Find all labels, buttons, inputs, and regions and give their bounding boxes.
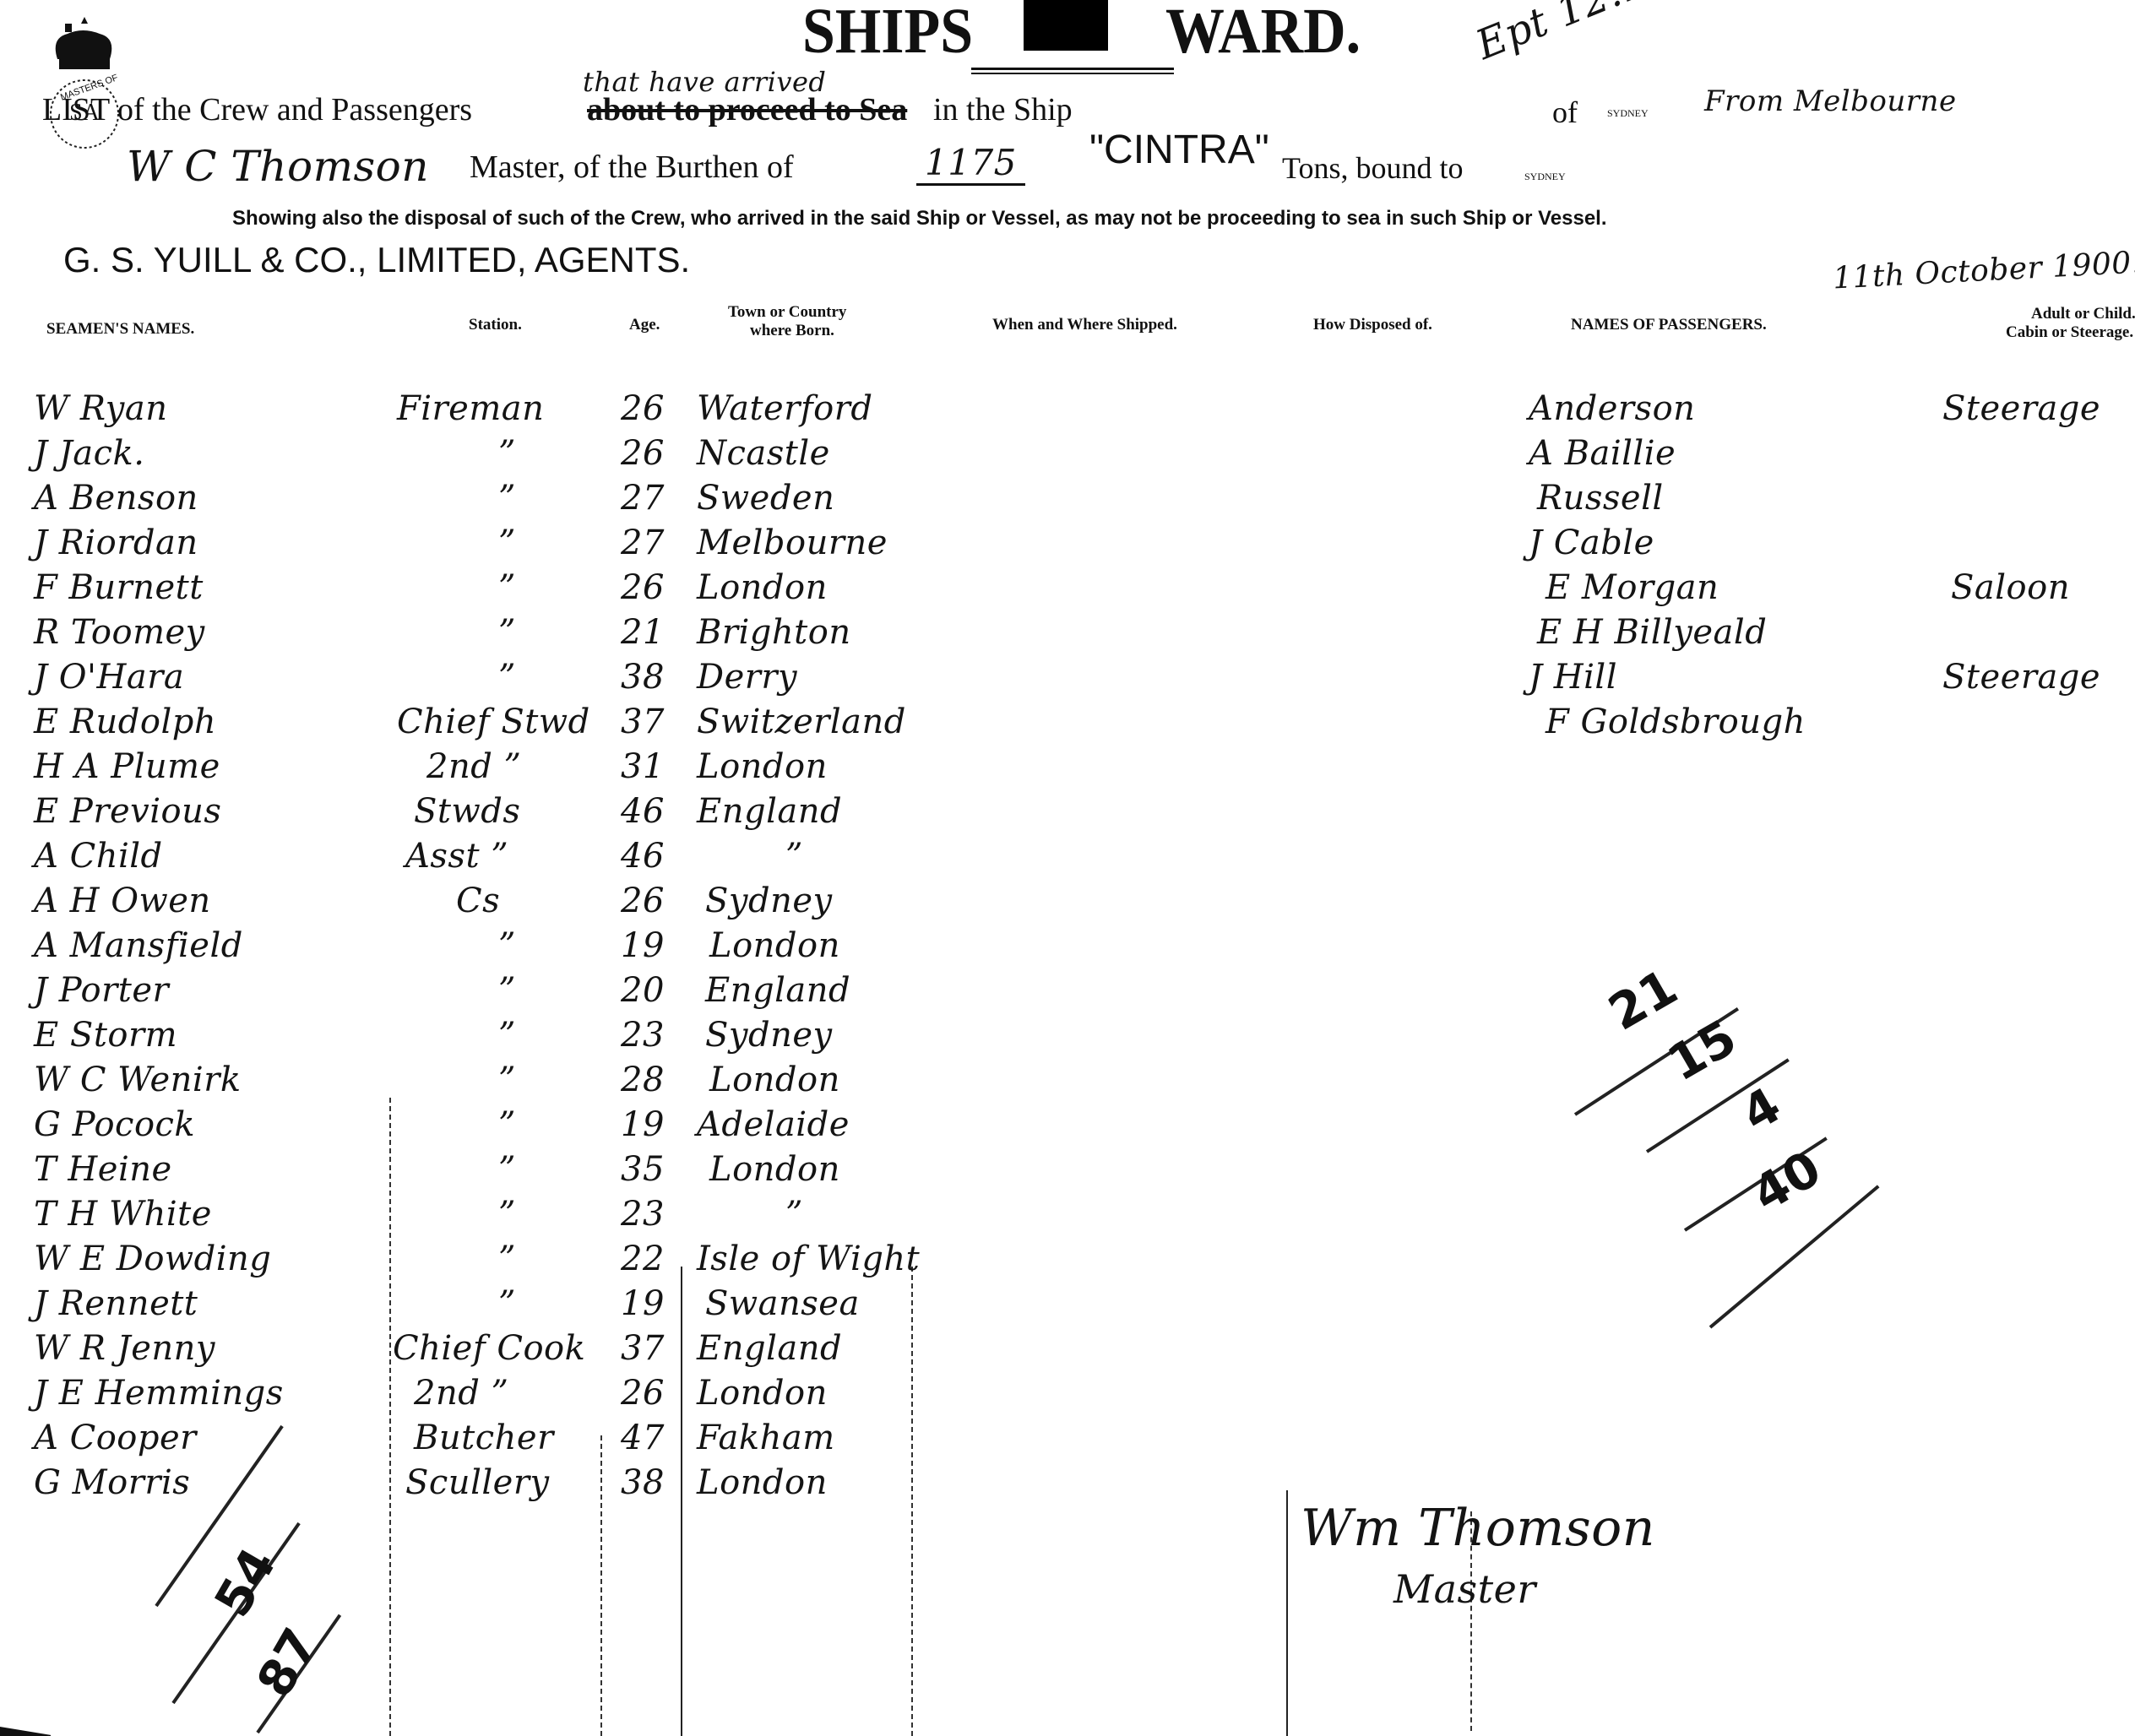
passenger-name: E Morgan	[1546, 566, 1719, 610]
crew-born: London	[697, 1371, 828, 1416]
crew-age: 47	[621, 1416, 665, 1461]
divider-disposed	[1286, 1490, 1288, 1736]
col-town-born-1: Town or Country	[728, 304, 846, 321]
crew-born: London	[697, 1461, 828, 1505]
crew-age: 19	[621, 1103, 665, 1147]
crew-name: T Heine	[34, 1147, 172, 1192]
struck-text: about to proceed to Sea	[587, 91, 907, 128]
destination-port: SYDNEY	[1524, 171, 1566, 183]
crew-name: A Cooper	[34, 1416, 197, 1461]
crew-born: Swansea	[705, 1282, 860, 1326]
passenger-row: J Cable	[0, 521, 2135, 566]
crew-born: Isle of Wight	[697, 1237, 920, 1282]
crew-name: G Morris	[34, 1461, 190, 1505]
crew-age: 23	[621, 1192, 665, 1237]
title-underline	[971, 68, 1174, 70]
crew-row: E Storm”23Sydney	[0, 1013, 2135, 1058]
disposal-note: Showing also the disposal of such of the…	[232, 207, 1607, 231]
crew-row: W C Wenirk”28London	[0, 1058, 2135, 1103]
crew-row: J Porter”20England	[0, 968, 2135, 1013]
crew-age: 22	[621, 1237, 665, 1282]
crew-station: Asst ”	[405, 834, 508, 879]
passenger-row: F Goldsbrough	[0, 700, 2135, 745]
crew-station: 2nd ”	[414, 1371, 508, 1416]
crew-name: W E Dowding	[34, 1237, 271, 1282]
crew-born: Fakham	[697, 1416, 835, 1461]
crew-born: England	[697, 1326, 842, 1371]
crew-age: 19	[621, 1282, 665, 1326]
from-port: From Melbourne	[1704, 84, 1957, 118]
passenger-name: Russell	[1537, 476, 1664, 521]
col-how-disposed: How Disposed of.	[1313, 317, 1432, 334]
passenger-row: Russell	[0, 476, 2135, 521]
form-title-right: WARD.	[1165, 0, 1361, 68]
crew-station: ”	[498, 1282, 516, 1326]
crew-row: A ChildAsst ”46”	[0, 834, 2135, 879]
crew-age: 19	[621, 924, 665, 968]
crest-emblem: SA MASTERS OF	[34, 8, 135, 160]
col-age: Age.	[629, 317, 660, 334]
crew-station: ”	[498, 1237, 516, 1282]
crew-station: 2nd ”	[426, 745, 521, 789]
tally-value: 54	[204, 1538, 287, 1626]
passenger-row: J HillSteerage	[0, 655, 2135, 700]
crew-row: A Mansfield”19London	[0, 924, 2135, 968]
crew-station: ”	[498, 924, 516, 968]
passenger-name: Anderson	[1529, 387, 1695, 431]
crew-born: Sydney	[705, 1013, 833, 1058]
crew-born: London	[709, 1147, 840, 1192]
list-line-prefix: LIST of the Crew and Passengers	[42, 91, 472, 128]
col-town-born-2: where Born.	[750, 323, 834, 339]
crew-name: A Mansfield	[34, 924, 243, 968]
crew-station: Chief Cook	[393, 1326, 585, 1371]
crew-name: T H White	[34, 1192, 212, 1237]
of-label: of	[1552, 95, 1578, 130]
crew-born: England	[697, 789, 842, 834]
passenger-row: E MorganSaloon	[0, 566, 2135, 610]
port-of-registry: SYDNEY	[1607, 107, 1649, 120]
passenger-name: J Hill	[1529, 655, 1617, 700]
crew-row: G MorrisScullery38London	[0, 1461, 2135, 1505]
ship-name: "CINTRA"	[1089, 127, 1269, 173]
crew-name: H A Plume	[34, 745, 220, 789]
crew-born: England	[705, 968, 850, 1013]
crew-station: ”	[498, 1192, 516, 1237]
crew-row: E PreviousStwds46England	[0, 789, 2135, 834]
passenger-name: J Cable	[1529, 521, 1654, 566]
crew-age: 38	[621, 1461, 665, 1505]
scan-edge-artifact	[0, 1727, 51, 1736]
crew-age: 28	[621, 1058, 665, 1103]
crew-name: W C Wenirk	[34, 1058, 242, 1103]
passenger-row: E H Billyeald	[0, 610, 2135, 655]
crew-age: 35	[621, 1147, 665, 1192]
crew-born: Sydney	[705, 879, 833, 924]
passenger-class: Steerage	[1942, 655, 2100, 700]
master-label: Master, of the Burthen of	[470, 149, 794, 186]
crew-name: G Pocock	[34, 1103, 195, 1147]
passenger-name: A Baillie	[1529, 431, 1676, 476]
crew-row: T H White”23”	[0, 1192, 2135, 1237]
crew-born: Adelaide	[697, 1103, 850, 1147]
crew-station: Stwds	[414, 789, 520, 834]
tally-value: 87	[246, 1619, 329, 1706]
crew-row: G Pocock”19Adelaide	[0, 1103, 2135, 1147]
crew-station: ”	[498, 968, 516, 1013]
col-adult-child-1: Adult or Child.	[2031, 306, 2135, 323]
crew-row: H A Plume2nd ”31London	[0, 745, 2135, 789]
crew-row: J E Hemmings2nd ”26London	[0, 1371, 2135, 1416]
crew-row: A CooperButcher47Fakham	[0, 1416, 2135, 1461]
crew-name: J Porter	[34, 968, 169, 1013]
crew-station: ”	[498, 1058, 516, 1103]
col-seamen-names: SEAMEN'S NAMES.	[46, 321, 194, 338]
master-name: W C Thomson	[127, 142, 429, 191]
crew-age: 31	[621, 745, 665, 789]
crew-age: 37	[621, 1326, 665, 1371]
passenger-row: AndersonSteerage	[0, 387, 2135, 431]
crew-name: A Child	[34, 834, 163, 879]
col-passenger-names: NAMES OF PASSENGERS.	[1571, 317, 1767, 334]
list-line-suffix: in the Ship	[933, 91, 1073, 128]
col-when-where-shipped: When and Where Shipped.	[992, 317, 1177, 334]
receipt-stamp: Ept 12.10.00	[1470, 0, 1738, 69]
passenger-class: Saloon	[1951, 566, 2070, 610]
passenger-class: Steerage	[1942, 387, 2100, 431]
crew-born: London	[709, 924, 840, 968]
form-date: 11th October 1900.	[1832, 245, 2135, 296]
crew-station: Cs	[456, 879, 500, 924]
crew-name: A H Owen	[34, 879, 211, 924]
crew-name: J Rennett	[34, 1282, 198, 1326]
crew-age: 46	[621, 789, 665, 834]
crew-age: 26	[621, 879, 665, 924]
crew-born: London	[709, 1058, 840, 1103]
passenger-name: F Goldsbrough	[1546, 700, 1806, 745]
col-station: Station.	[469, 317, 522, 334]
crew-station: ”	[498, 1103, 516, 1147]
crew-age: 46	[621, 834, 665, 879]
agents-line: G. S. YUILL & CO., LIMITED, AGENTS.	[63, 240, 690, 280]
crew-station: Scullery	[405, 1461, 550, 1505]
crew-age: 20	[621, 968, 665, 1013]
crew-age: 26	[621, 1371, 665, 1416]
master-title: Master	[1393, 1566, 1536, 1612]
form-title-left: SHIPS	[802, 0, 973, 68]
master-signature: Wm Thomson	[1301, 1499, 1655, 1558]
crew-name: J E Hemmings	[34, 1371, 284, 1416]
crew-born: ”	[785, 834, 803, 879]
crew-row: W E Dowding”22Isle of Wight	[0, 1237, 2135, 1282]
burthen-value: 1175	[916, 142, 1025, 186]
crew-born: London	[697, 745, 828, 789]
crew-born: ”	[785, 1192, 803, 1237]
crew-station: Butcher	[414, 1416, 554, 1461]
crew-row: J Rennett”19Swansea	[0, 1282, 2135, 1326]
crew-station: ”	[498, 1013, 516, 1058]
title-underline-2	[971, 73, 1174, 74]
crew-name: W R Jenny	[34, 1326, 215, 1371]
passenger-name: E H Billyeald	[1537, 610, 1767, 655]
crew-station: ”	[498, 1147, 516, 1192]
crew-row: W R JennyChief Cook37England	[0, 1326, 2135, 1371]
passenger-row: A Baillie	[0, 431, 2135, 476]
crew-age: 23	[621, 1013, 665, 1058]
col-adult-child-2: Cabin or Steerage.	[2006, 324, 2133, 341]
redacted-block	[1024, 0, 1108, 51]
crew-name: E Storm	[34, 1013, 177, 1058]
tons-label: Tons, bound to	[1282, 150, 1464, 186]
crew-row: A H OwenCs26Sydney	[0, 879, 2135, 924]
crew-name: E Previous	[34, 789, 221, 834]
